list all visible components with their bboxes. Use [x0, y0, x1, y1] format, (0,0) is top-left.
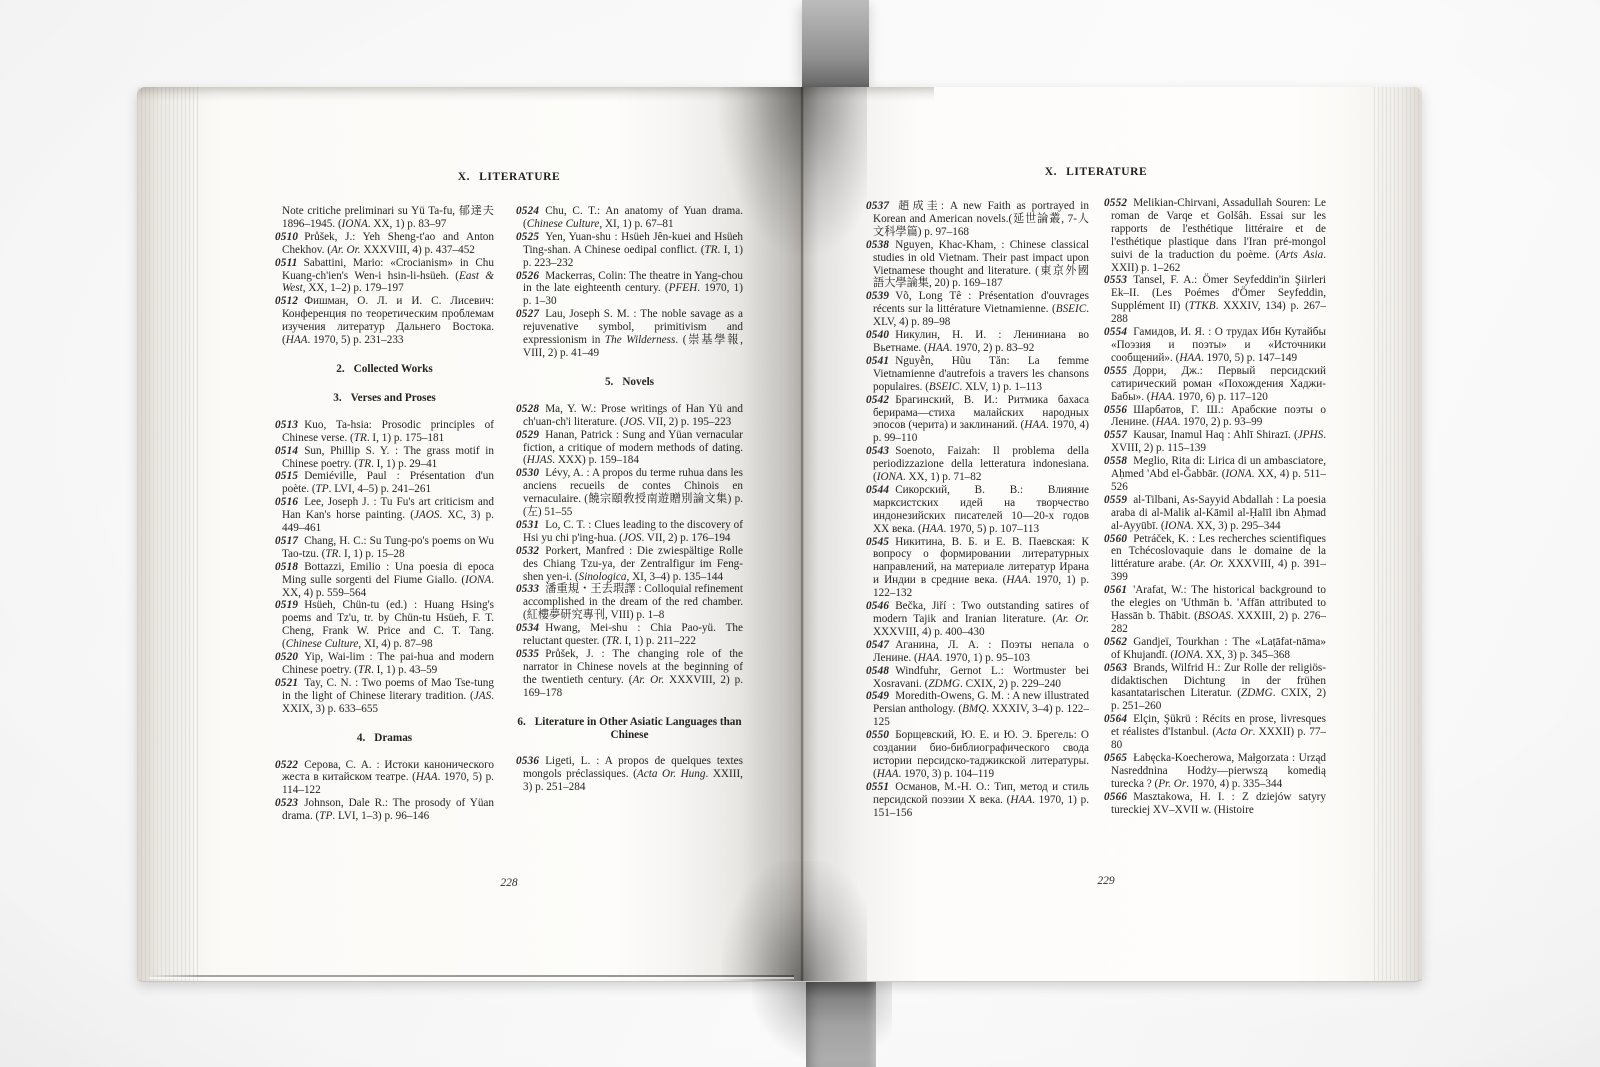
bib-entry: 0555Дорри, Дж.: Первый персидский сатири… — [1104, 365, 1326, 404]
bib-entry: 0562Gandjeï, Tourkhan : The «Laṭāfat-nām… — [1104, 636, 1326, 662]
entry-number: 0551 — [866, 781, 889, 793]
bib-entry: 0520Yip, Wai-lim : The pai-hua and moder… — [275, 651, 494, 677]
section-title: Literature in Other Asiatic Languages th… — [535, 716, 742, 741]
entry-number: 0546 — [866, 600, 889, 612]
bib-entry: 0542Брагинский, В. И.: Ритмика бахаса бе… — [866, 394, 1089, 446]
section-heading: 2.Collected Works — [275, 363, 494, 376]
entry-number: 0513 — [275, 419, 298, 431]
entry-number: 0526 — [516, 270, 539, 282]
entry-number: 0538 — [866, 239, 889, 251]
bib-entry: 0564Elçin, Şükrü : Récits en prose, livr… — [1104, 713, 1326, 752]
bib-entry: 0544Сикорский, В. В.: Влияние марксистск… — [866, 484, 1089, 536]
bib-entry-continuation: Note critiche preliminari su Yü Ta-fu, 郁… — [275, 205, 494, 231]
bib-entry: 0531Lo, C. T. : Clues leading to the dis… — [516, 519, 743, 545]
section-heading: 4.Dramas — [275, 732, 494, 745]
bib-entry: 0527Lau, Joseph S. M. : The noble savage… — [516, 308, 743, 360]
bib-entry: 0517Chang, H. C.: Su Tung-po's poems on … — [275, 535, 494, 561]
bib-entry: 0510Průšek, J.: Yeh Sheng-t'ao and Anton… — [275, 231, 494, 257]
entry-number: 0561 — [1104, 584, 1127, 596]
bib-entry: 0554Гамидов, И. Я. : О трудах Ибн Кутайб… — [1104, 326, 1326, 365]
entry-number: 0566 — [1104, 791, 1127, 803]
bib-entry: 0549Moredith-Owens, G. M. : A new illust… — [866, 690, 1089, 729]
section-number: 3. — [333, 392, 341, 404]
entry-number: 0523 — [275, 797, 298, 809]
entry-number: 0558 — [1104, 455, 1127, 467]
entry-number: 0542 — [866, 394, 889, 406]
entry-number: 0520 — [275, 651, 298, 663]
bib-entry: 0543Soenoto, Faizah: Il problema della p… — [866, 445, 1089, 484]
section-number: 6. — [517, 716, 525, 728]
entry-number: 0550 — [866, 729, 889, 741]
bibliography-column: Note critiche preliminari su Yü Ta-fu, 郁… — [275, 205, 494, 895]
entry-number: 0511 — [275, 257, 298, 269]
bib-entry: 0530Lévy, A. : A propos du terme ruhua d… — [516, 467, 743, 519]
gutter-shadow-bottom — [722, 861, 867, 981]
bib-entry: 0539Võ, Long Tê : Présentation d'ouvrage… — [866, 290, 1089, 329]
entry-number: 0565 — [1104, 752, 1127, 764]
section-title: Verses and Proses — [351, 392, 436, 404]
bib-entry: 0511Sabattini, Mario: «Crocianism» in Ch… — [275, 257, 494, 296]
bib-entry: 0534Hwang, Mei-shu : Chia Pao-yü. The re… — [516, 622, 743, 648]
entry-number: 0557 — [1104, 429, 1127, 441]
section-title: Collected Works — [354, 363, 433, 375]
chapter-number: X. — [1045, 166, 1057, 178]
entry-number: 0533 — [516, 583, 539, 595]
bib-entry: 0545Никитина, В. Б. и Е. В. Паевская: К … — [866, 536, 1089, 601]
bib-entry: 0513Kuo, Ta-hsia: Prosodic principles of… — [275, 419, 494, 445]
entry-number: 0537 — [866, 200, 889, 212]
bib-entry: 0558Meglio, Rita di: Lirica di un ambasc… — [1104, 455, 1326, 494]
bib-entry: 0537趙成圭: A new Faith as portrayed in Kor… — [866, 200, 1089, 239]
bib-entry: 0522Серова, С. А. : Истоки канонического… — [275, 759, 494, 798]
bib-entry: 0521Tay, C. N. : Two poems of Mao Tse-tu… — [275, 677, 494, 716]
bib-entry: 0526Mackerras, Colin: The theatre in Yan… — [516, 270, 743, 309]
entry-number: 0516 — [275, 496, 298, 508]
page-number-right: 229 — [876, 875, 1336, 887]
left-page-header: X.LITERATURE — [275, 171, 743, 183]
bib-entry: 0518Bottazzi, Emilio : Una poesia di epo… — [275, 561, 494, 600]
bib-entry: 0550Борщевский, Ю. Е. и Ю. Э. Брегель: О… — [866, 729, 1089, 781]
bibliography-column: 0524Chu, C. T.: An anatomy of Yuan drama… — [516, 205, 743, 895]
entry-number: 0543 — [866, 445, 889, 457]
bib-entry: 0533潘重規・王去瑕譯 : Colloquial refinement acc… — [516, 583, 743, 622]
bib-entry: 0529Hanan, Patrick : Sung and Yüan verna… — [516, 429, 743, 468]
entry-number: 0554 — [1104, 326, 1127, 338]
section-heading: 5.Novels — [516, 376, 743, 389]
bib-entry: 0560Petráček, K. : Les recherches scient… — [1104, 533, 1326, 585]
bib-entry: 0514Sun, Phillip S. Y. : The grass motif… — [275, 445, 494, 471]
right-page-header: X.LITERATURE — [866, 166, 1326, 178]
bib-entry: 0532Porkert, Manfred : Die zwiespältige … — [516, 545, 743, 584]
bibliography-column: 0552Melikian-Chirvani, Assadullah Souren… — [1104, 197, 1326, 887]
section-heading: 6.Literature in Other Asiatic Languages … — [516, 716, 743, 742]
entry-number: 0544 — [866, 484, 889, 496]
entry-number: 0525 — [516, 231, 539, 243]
entry-number: 0549 — [866, 690, 889, 702]
entry-number: 0562 — [1104, 636, 1127, 648]
bib-entry: 0528Ma, Y. W.: Prose writings of Han Yü … — [516, 403, 743, 429]
bib-entry: 0512Фишман, О. Л. и И. С. Лисевич: Конфе… — [275, 295, 494, 347]
bib-entry: 0551Османов, М.-Н. О.: Тип, метод и стил… — [866, 781, 1089, 820]
section-number: 4. — [357, 732, 365, 744]
section-title: Dramas — [374, 732, 412, 744]
chapter-title: LITERATURE — [479, 171, 560, 183]
entry-number: 0530 — [516, 467, 539, 479]
section-number: 5. — [605, 376, 613, 388]
entry-number: 0540 — [866, 329, 889, 341]
entry-number: 0519 — [275, 599, 298, 611]
bib-entry: 0563Brands, Wilfrid H.: Zur Rolle der re… — [1104, 662, 1326, 714]
bib-entry: 0540Никулин, Н. И. : Лениниана во Вьетна… — [866, 329, 1089, 355]
entry-number: 0547 — [866, 639, 889, 651]
bib-entry: 0547Аганина, Л. А. : Поэты непала о Лени… — [866, 639, 1089, 665]
entry-number: 0532 — [516, 545, 539, 557]
chapter-title: LITERATURE — [1066, 166, 1147, 178]
entry-number: 0556 — [1104, 404, 1127, 416]
entry-number: 0529 — [516, 429, 539, 441]
bib-entry: 0516Lee, Joseph J. : Tu Fu's art critici… — [275, 496, 494, 535]
entry-number: 0559 — [1104, 494, 1127, 506]
entry-number: 0563 — [1104, 662, 1127, 674]
entry-number: 0535 — [516, 648, 539, 660]
entry-number: 0541 — [866, 355, 889, 367]
bib-entry: 0536Ligeti, L. : A propos de quelques te… — [516, 755, 743, 794]
entry-number: 0518 — [275, 561, 298, 573]
page-number-left: 228 — [275, 877, 743, 889]
entry-number: 0528 — [516, 403, 539, 415]
entry-number: 0534 — [516, 622, 539, 634]
book-photo: { "colors": { "background": "#f0f0f0", "… — [0, 0, 1600, 1067]
bib-entry: 0552Melikian-Chirvani, Assadullah Souren… — [1104, 197, 1326, 274]
bib-entry: 0525Yen, Yuan-shu : Hsüeh Jên-kuei and H… — [516, 231, 743, 270]
bib-entry: 0557Kausar, Inamul Haq : Ahlī Shirazī. (… — [1104, 429, 1326, 455]
entry-number: 0545 — [866, 536, 889, 548]
entry-number: 0539 — [866, 290, 889, 302]
bib-entry: 0535Průšek, J. : The changing role of th… — [516, 648, 743, 700]
section-title: Novels — [622, 376, 654, 388]
chapter-number: X. — [458, 171, 470, 183]
bibliography-column: 0537趙成圭: A new Faith as portrayed in Kor… — [866, 200, 1089, 890]
entry-number: 0510 — [275, 231, 298, 243]
bib-entry: 0538Nguyen, Khac-Kham, : Chinese classic… — [866, 239, 1089, 291]
bib-entry: 0548Windfuhr, Gernot L.: Wortmuster bei … — [866, 665, 1089, 691]
sheet-edge-line — [149, 975, 794, 977]
entry-number: 0560 — [1104, 533, 1127, 545]
bib-entry: 0553Tansel, F. A.: Ömer Seyfeddin'in Şii… — [1104, 274, 1326, 326]
bib-entry: 0565Łabęcka-Koecherowa, Małgorzata : Urz… — [1104, 752, 1326, 791]
bookmark-strap-bottom — [806, 981, 876, 1067]
bib-entry: 0524Chu, C. T.: An anatomy of Yuan drama… — [516, 205, 743, 231]
entry-number: 0564 — [1104, 713, 1127, 725]
bib-entry: 0519Hsüeh, Chün-tu (ed.) : Huang Hsing's… — [275, 599, 494, 651]
entry-number: 0524 — [516, 205, 539, 217]
bib-entry: 0566Masztakowa, H. I. : Z dziejów satyry… — [1104, 791, 1326, 817]
bib-entry: 0556Шарбатов, Г. Ш.: Арабские поэты о Ле… — [1104, 404, 1326, 430]
entry-number: 0536 — [516, 755, 539, 767]
section-heading: 3.Verses and Proses — [275, 392, 494, 405]
entry-number: 0531 — [516, 519, 539, 531]
entry-number: 0514 — [275, 445, 298, 457]
entry-number: 0548 — [866, 665, 889, 677]
entry-number: 0555 — [1104, 365, 1127, 377]
bib-entry: 0541Nguyễn, Hũu Tăn: La femme Vietnamien… — [866, 355, 1089, 394]
bib-entry: 0523Johnson, Dale R.: The prosody of Yüa… — [275, 797, 494, 823]
entry-number: 0553 — [1104, 274, 1127, 286]
entry-number: 0512 — [275, 295, 298, 307]
section-number: 2. — [336, 363, 344, 375]
entry-number: 0552 — [1104, 197, 1127, 209]
entry-number: 0517 — [275, 535, 298, 547]
entry-number: 0522 — [275, 759, 298, 771]
entry-number: 0515 — [275, 470, 298, 482]
entry-number: 0521 — [275, 677, 298, 689]
bookmark-strap-top — [802, 0, 869, 94]
bib-entry: 0559al-Tilbani, As-Sayyid Abdallah : La … — [1104, 494, 1326, 533]
entry-number: 0527 — [516, 308, 539, 320]
bib-entry: 0546Bečka, Jiří : Two outstanding satire… — [866, 600, 1089, 639]
bib-entry: 0561'Arafat, W.: The historical backgrou… — [1104, 584, 1326, 636]
bib-entry: 0515Demiéville, Paul : Présentation d'un… — [275, 470, 494, 496]
